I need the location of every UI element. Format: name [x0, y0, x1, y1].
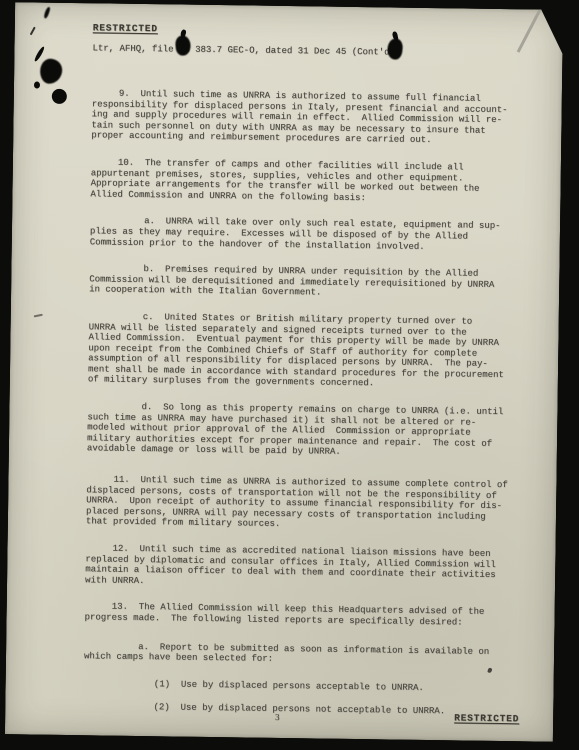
subparagraph-10c: c. United States or British military pro…: [88, 311, 525, 391]
paragraph-12: 12. Until such time as accredited nation…: [85, 543, 522, 591]
scanner-background: RESTRICTED Ltr, AFHQ, file AG 383.7 GEC-…: [0, 0, 579, 750]
paragraph-11: 11. Until such time as UNRRA is authoriz…: [86, 474, 523, 533]
subparagraph-10b: b. Premises required by UNRRA under requ…: [89, 263, 525, 301]
report-item-1: (1) Use by displaced persons acceptable …: [84, 678, 520, 695]
ink-blot-tail: [34, 81, 40, 88]
ink-dot-left-margin: [52, 89, 67, 104]
classification-stamp-bottom: RESTRICTED: [454, 712, 519, 724]
subparagraph-10a: a. UNRRA will take over only such real e…: [90, 216, 526, 254]
reference-line: Ltr, AFHQ, file AG 383.7 GEC-O, dated 31…: [92, 43, 528, 60]
subparagraph-10d: d. So long as this property remains on c…: [87, 401, 524, 460]
paragraph-9: 9. Until such time as UNRRA is authorize…: [91, 88, 528, 147]
paragraph-13: 13. The Allied Commission will keep this…: [84, 602, 520, 629]
paragraph-10: 10. The transfer of camps and other faci…: [90, 157, 527, 205]
document-paper: RESTRICTED Ltr, AFHQ, file AG 383.7 GEC-…: [5, 2, 563, 742]
classification-stamp-top: RESTRICTED: [93, 22, 158, 34]
document-content: RESTRICTED Ltr, AFHQ, file AG 383.7 GEC-…: [5, 2, 563, 719]
subparagraph-13a: a. Report to be submitted as soon as inf…: [84, 641, 520, 668]
page-footer: 3 RESTRICTED: [83, 709, 519, 727]
page-number: 3: [275, 712, 280, 723]
